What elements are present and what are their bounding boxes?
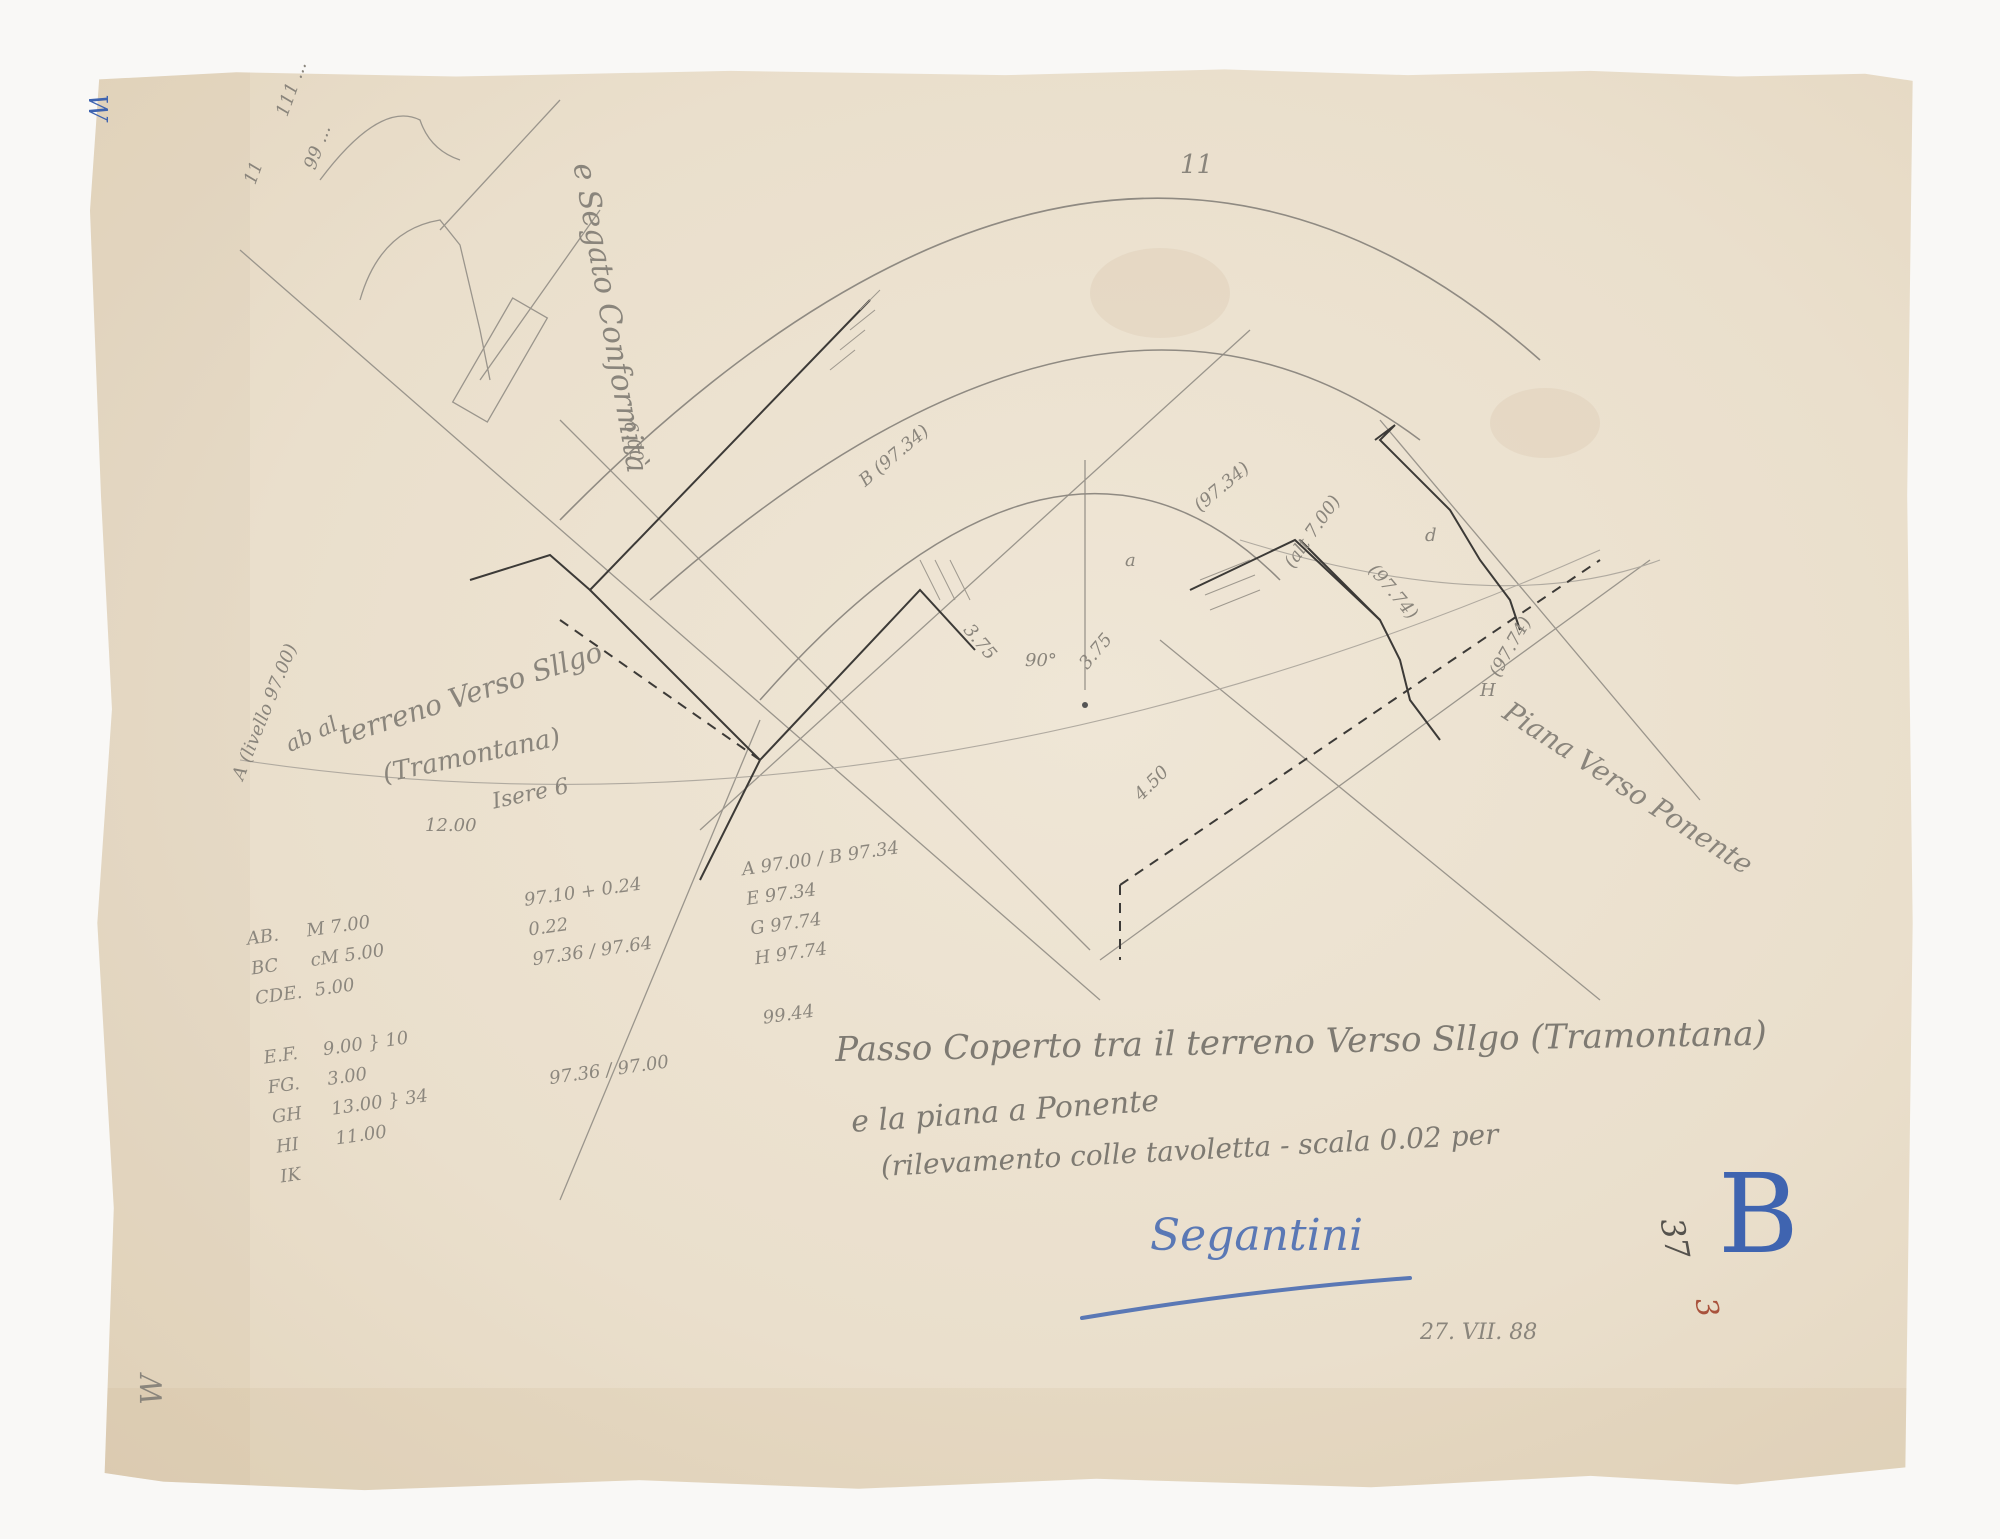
date: 27. VII. 88 bbox=[1420, 1320, 1537, 1345]
plan-top-mark: 11 bbox=[1180, 150, 1213, 180]
signature: Segantini bbox=[1150, 1210, 1363, 1261]
bottom-left-mark: W bbox=[135, 1374, 170, 1405]
dimension-angle: 90° bbox=[1025, 650, 1057, 671]
sheet-number-pencil: 37 bbox=[1653, 1215, 1697, 1262]
marker-h: H bbox=[1480, 680, 1496, 701]
top-left-blue-mark: W bbox=[82, 94, 112, 121]
left-label-dimension: 12.00 bbox=[425, 815, 477, 836]
marker-d: d bbox=[1425, 525, 1437, 546]
sheet-letter-blue: B bbox=[1718, 1150, 1799, 1278]
marker-a: a bbox=[1125, 550, 1136, 571]
